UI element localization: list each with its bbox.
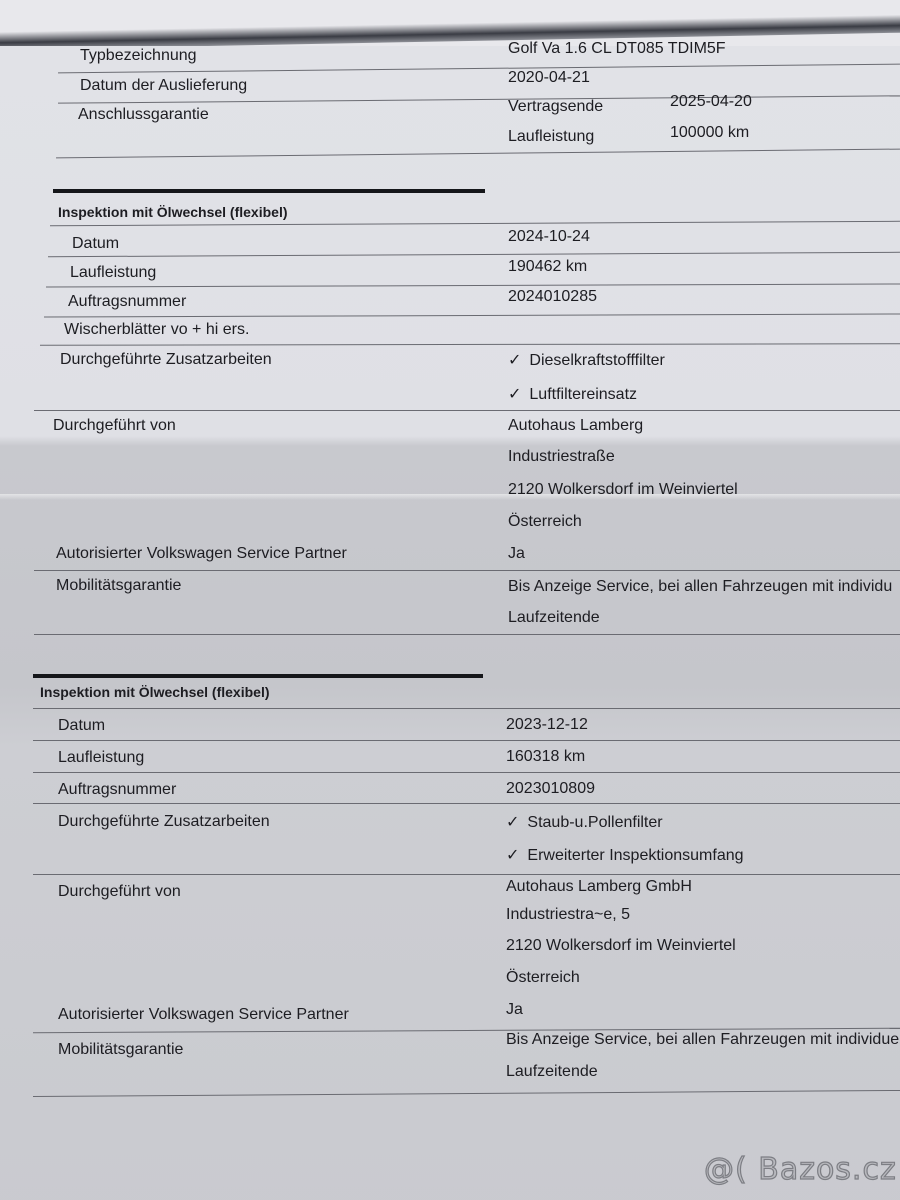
check-icon: ✓: [508, 386, 521, 403]
partner-value: Ja: [508, 545, 525, 563]
mileage-value: 190462 km: [508, 258, 587, 276]
dealer-city: 2120 Wolkersdorf im Weinviertel: [506, 937, 736, 955]
extra-work-label: Durchgeführte Zusatzarbeiten: [58, 813, 270, 831]
order-number-label: Auftragsnummer: [58, 781, 176, 799]
mobility-value: Bis Anzeige Service, bei allen Fahrzeuge…: [506, 1031, 900, 1049]
date-value: 2024-10-24: [508, 228, 590, 246]
check-icon: ✓: [506, 847, 519, 864]
mileage-label: Laufleistung: [70, 264, 156, 282]
partner-label: Autorisierter Volkswagen Service Partner: [56, 545, 347, 563]
mobility-value-cont: Laufzeitende: [508, 609, 600, 627]
mileage-value: 160318 km: [506, 748, 585, 766]
extra-work-label: Durchgeführte Zusatzarbeiten: [60, 351, 272, 369]
dealer-street: Industriestra~e, 5: [506, 906, 630, 924]
divider: [33, 874, 900, 875]
warranty-label: Anschlussgarantie: [78, 106, 209, 124]
dealer-country: Österreich: [506, 969, 580, 987]
mobility-value-cont: Laufzeitende: [506, 1063, 598, 1081]
warranty-mileage-label: Laufleistung: [508, 128, 594, 146]
dealer-country: Österreich: [508, 513, 582, 531]
date-label: Datum: [72, 235, 119, 253]
section-bar: [33, 674, 483, 678]
dealer-name: Autohaus Lamberg: [508, 417, 643, 435]
divider: [33, 740, 900, 741]
type-label: Typbezeichnung: [80, 47, 197, 65]
mobility-label: Mobilitätsgarantie: [58, 1041, 183, 1059]
divider: [33, 772, 900, 773]
check-icon: ✓: [508, 352, 521, 369]
inspection-title: Inspektion mit Ölwechsel (flexibel): [58, 204, 288, 220]
extra-work-item: ✓Erweiterter Inspektionsumfang: [506, 845, 744, 865]
divider: [34, 410, 900, 411]
warranty-mileage-value: 100000 km: [670, 124, 749, 142]
dealer-city: 2120 Wolkersdorf im Weinviertel: [508, 481, 738, 499]
order-number-label: Auftragsnummer: [68, 293, 186, 311]
divider: [33, 708, 900, 709]
performed-by-label: Durchgeführt von: [58, 883, 181, 901]
partner-value: Ja: [506, 1001, 523, 1019]
dealer-name: Autohaus Lamberg GmbH: [506, 878, 692, 896]
section-bar: [53, 189, 485, 193]
order-number-value: 2024010285: [508, 288, 597, 306]
divider: [33, 803, 900, 804]
mobility-label: Mobilitätsgarantie: [56, 577, 181, 595]
extra-work-item: ✓Dieselkraftstofffilter: [508, 350, 665, 370]
type-value: Golf Va 1.6 CL DT085 TDIM5F: [508, 40, 726, 58]
date-value: 2023-12-12: [506, 716, 588, 734]
contract-end-value: 2025-04-20: [670, 93, 752, 111]
date-label: Datum: [58, 717, 105, 735]
watermark: @( Bazos.cz: [704, 1152, 897, 1187]
paper-fold: [0, 494, 900, 500]
contract-end-label: Vertragsende: [508, 98, 603, 116]
delivery-date-value: 2020-04-21: [508, 69, 590, 87]
note-text: Wischerblätter vo + hi ers.: [64, 321, 249, 339]
divider: [34, 570, 900, 571]
dealer-street: Industriestraße: [508, 448, 615, 466]
extra-work-item: ✓Luftfiltereinsatz: [508, 384, 637, 404]
extra-work-item: ✓Staub-u.Pollenfilter: [506, 812, 663, 832]
check-icon: ✓: [506, 814, 519, 831]
order-number-value: 2023010809: [506, 780, 595, 798]
delivery-date-label: Datum der Auslieferung: [80, 77, 247, 95]
divider: [34, 634, 900, 635]
partner-label: Autorisierter Volkswagen Service Partner: [58, 1006, 349, 1024]
mobility-value: Bis Anzeige Service, bei allen Fahrzeuge…: [508, 578, 892, 596]
inspection-title: Inspektion mit Ölwechsel (flexibel): [40, 684, 270, 700]
mileage-label: Laufleistung: [58, 749, 144, 767]
performed-by-label: Durchgeführt von: [53, 417, 176, 435]
